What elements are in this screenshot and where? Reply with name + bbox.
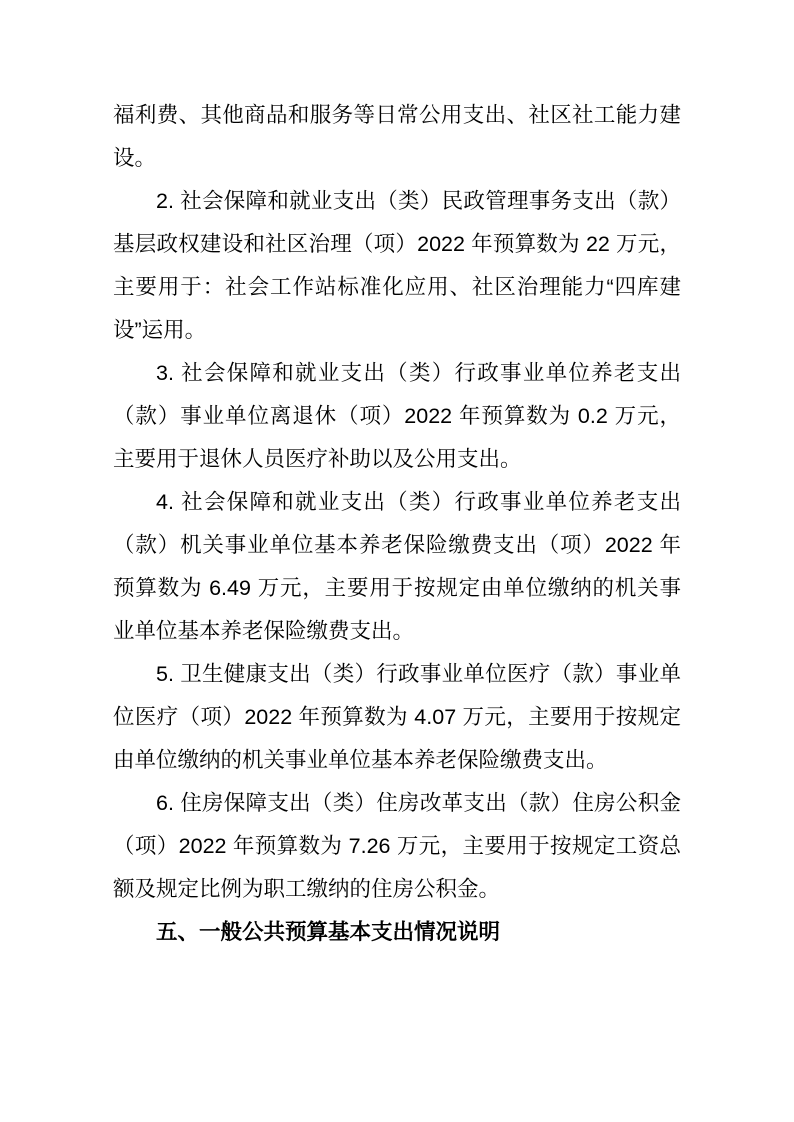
paragraph-item-2: 2. 社会保障和就业支出（类）民政管理事务支出（款）基层政权建设和社区治理（项）… — [113, 180, 681, 352]
paragraph-item-6: 6. 住房保障支出（类）住房改革支出（款）住房公积金（项）2022 年预算数为 … — [113, 782, 681, 911]
paragraph-continuation: 福利费、其他商品和服务等日常公用支出、社区社工能力建设。 — [113, 94, 681, 180]
paragraph-item-4: 4. 社会保障和就业支出（类）行政事业单位养老支出（款）机关事业单位基本养老保险… — [113, 481, 681, 653]
document-page: 福利费、其他商品和服务等日常公用支出、社区社工能力建设。 2. 社会保障和就业支… — [0, 0, 794, 1122]
paragraph-item-3: 3. 社会保障和就业支出（类）行政事业单位养老支出（款）事业单位离退休（项）20… — [113, 352, 681, 481]
paragraph-item-5: 5. 卫生健康支出（类）行政事业单位医疗（款）事业单位医疗（项）2022 年预算… — [113, 653, 681, 782]
section-heading: 五、一般公共预算基本支出情况说明 — [113, 911, 681, 954]
